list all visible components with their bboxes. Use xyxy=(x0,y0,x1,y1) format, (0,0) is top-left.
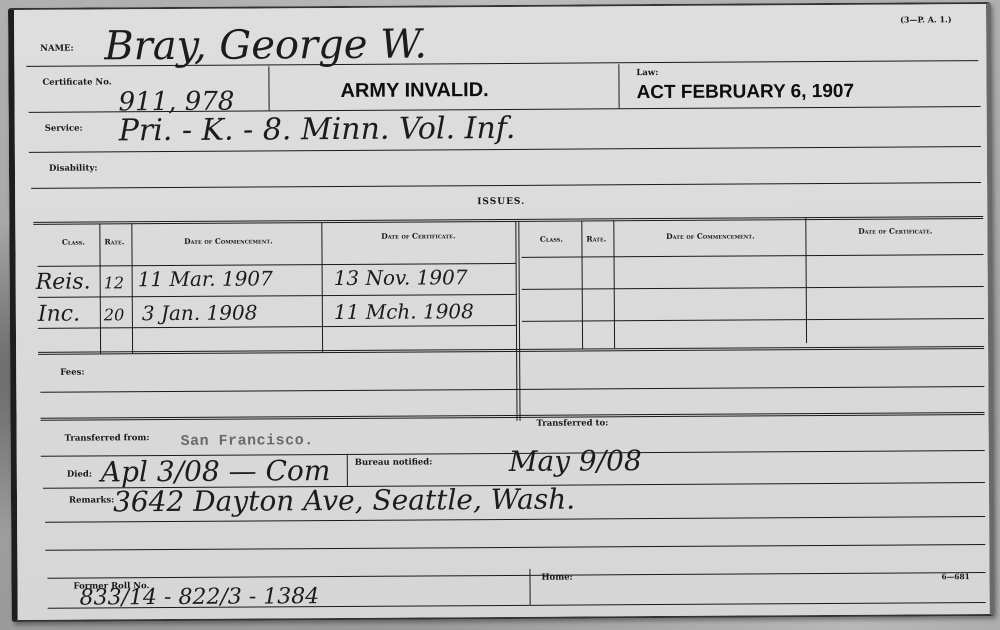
bureau-notified-value: May 9/08 xyxy=(509,444,642,478)
table-row: Reis. 12 11 Mar. 1907 13 Nov. 1907 xyxy=(14,4,986,10)
service-label: Service: xyxy=(45,124,83,134)
cell-certificate: 13 Nov. 1907 xyxy=(334,265,468,290)
pension-index-card: (3—P. A. 1.) NAME: Bray, George W. Certi… xyxy=(8,2,995,622)
divider xyxy=(522,318,984,322)
disability-label: Disability: xyxy=(49,163,98,173)
col-header-rate: Rate. xyxy=(99,237,129,246)
transferred-from-label: Transferred from: xyxy=(65,433,150,444)
divider xyxy=(522,286,984,290)
cell-class: Inc. xyxy=(38,302,80,327)
form-number: 6—681 xyxy=(941,572,969,581)
fees-label: Fees: xyxy=(60,368,84,378)
form-code: (3—P. A. 1.) xyxy=(900,14,952,24)
divider xyxy=(31,182,981,189)
issues-table-left: Class. Rate. Date of Commencement. Date … xyxy=(14,4,986,10)
table-row: Inc. 20 3 Jan. 1908 11 Mch. 1908 xyxy=(14,4,986,10)
divider xyxy=(529,569,530,605)
issues-heading: ISSUES. xyxy=(477,197,525,207)
name-label: NAME: xyxy=(40,44,73,54)
divider xyxy=(618,64,619,108)
cell-certificate: 11 Mch. 1908 xyxy=(334,299,474,324)
transferred-to-label: Transferred to: xyxy=(537,418,609,428)
divider xyxy=(41,412,985,421)
col-header-certificate: Date of Certificate. xyxy=(323,231,513,241)
center-divider xyxy=(515,221,520,421)
cell-commencement: 11 Mar. 1907 xyxy=(138,266,273,291)
bureau-notified-label: Bureau notified: xyxy=(355,457,433,467)
issues-bottom-border xyxy=(38,346,984,355)
col-header-class: Class. xyxy=(43,237,103,246)
remarks-value: 3642 Dayton Ave, Seattle, Wash. xyxy=(113,483,575,519)
col-header-certificate: Date of Certificate. xyxy=(805,226,985,236)
issues-top-border xyxy=(33,216,983,225)
remarks-label: Remarks: xyxy=(69,495,114,505)
name-value: Bray, George W. xyxy=(104,21,427,69)
issues-table-right: Class. Rate. Date of Commencement. Date … xyxy=(14,4,986,10)
cell-rate: 20 xyxy=(104,305,124,324)
divider xyxy=(347,454,348,486)
cell-rate: 12 xyxy=(104,273,124,292)
col-header-commencement: Date of Commencement. xyxy=(133,236,323,246)
law-label: Law: xyxy=(636,68,658,78)
transferred-from-stamp: San Francisco. xyxy=(181,432,314,450)
divider xyxy=(45,544,985,551)
divider xyxy=(38,325,516,329)
col-header-rate: Rate. xyxy=(581,234,611,243)
divider xyxy=(47,572,985,579)
divider xyxy=(522,254,984,258)
died-label: Died: xyxy=(67,469,92,479)
col-header-class: Class. xyxy=(521,235,581,244)
divider xyxy=(38,294,516,298)
law-act: ACT FEBRUARY 6, 1907 xyxy=(636,81,854,104)
divider xyxy=(268,66,269,110)
divider xyxy=(40,386,984,393)
home-label: Home: xyxy=(541,573,572,583)
service-value: Pri. - K. - 8. Minn. Vol. Inf. xyxy=(119,111,516,148)
col-header-commencement: Date of Commencement. xyxy=(615,231,805,241)
certificate-label: Certificate No. xyxy=(42,77,111,87)
cell-commencement: 3 Jan. 1908 xyxy=(142,300,258,325)
cell-class: Reis. xyxy=(36,270,91,295)
category-title: ARMY INVALID. xyxy=(340,79,488,103)
